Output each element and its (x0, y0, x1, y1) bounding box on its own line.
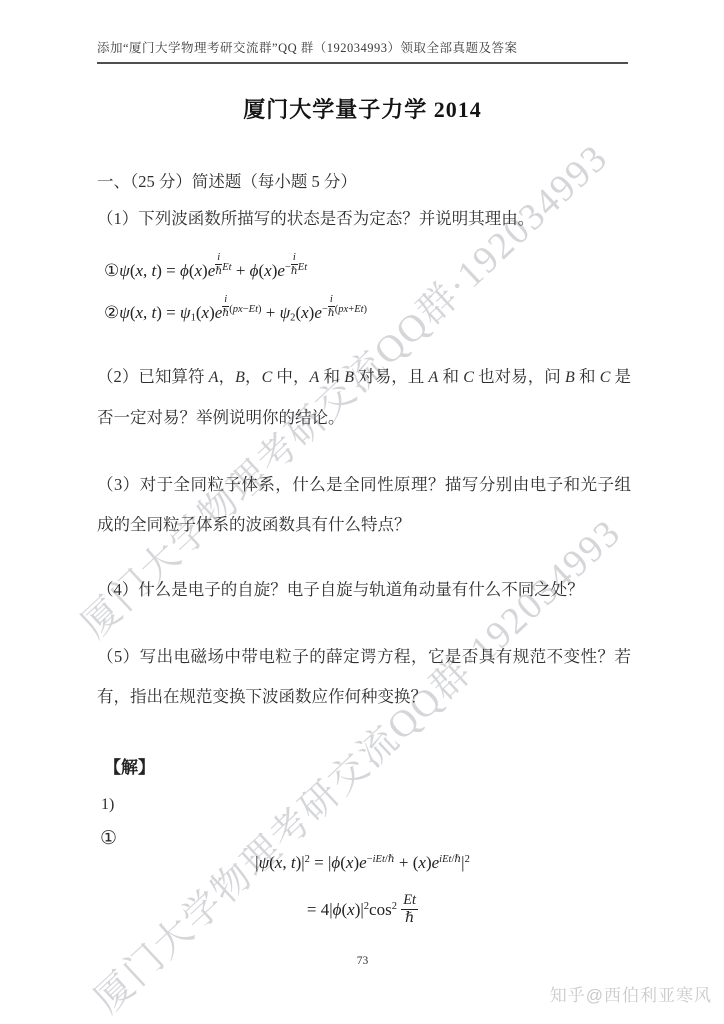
solution-item-number: 1) (101, 796, 114, 814)
question-3: （3）对于全同粒子体系，什么是全同性原理？描写分别由电子和光子组成的全同粒子体系… (97, 465, 631, 545)
page-title: 厦门大学量子力学 2014 (97, 93, 628, 124)
solution-circled-one: ① (100, 827, 117, 850)
header-text: 添加“厦门大学物理考研交流群”QQ 群（192034993）领取全部真题及答案 (97, 41, 518, 55)
solution-formula-line-2: = 4|ϕ(x)|2cos2 Etℏ (97, 893, 628, 926)
document-page: 厦门大学物理考研交流QQ群·192034993 厦门大学物理考研交流QQ群·19… (0, 0, 724, 1024)
section-heading: 一、（25 分）简述题（每小题 5 分） (97, 162, 631, 202)
question-2: （2）已知算符 A，B，C 中，A 和 B 对易，且 A 和 C 也对易，问 B… (97, 357, 631, 438)
formula-2: ②ψ(x, t) = ψ1(x)eiℏ(px−Et) + ψ2(x)e−iℏ(p… (104, 294, 367, 325)
solution-label: 【解】 (104, 753, 155, 778)
solution-formula-line-1: |ψ(x, t)|2 = |ϕ(x)e−iEt/ℏ + (x)eiEt/ℏ|2 (97, 852, 628, 875)
question-4: （4）什么是电子的自旋？电子自旋与轨道角动量有什么不同之处？ (97, 570, 631, 610)
page-header: 添加“厦门大学物理考研交流群”QQ 群（192034993）领取全部真题及答案 (97, 38, 628, 64)
question-5: （5）写出电磁场中带电粒子的薛定谔方程，它是否具有规范不变性？若有，指出在规范变… (97, 637, 631, 717)
formula-1: ①ψ(x, t) = ϕ(x)eiℏEt + ϕ(x)e−iℏEt (104, 252, 307, 283)
question-1: （1）下列波函数所描写的状态是否为定态？并说明其理由。 (97, 199, 631, 239)
zhihu-watermark: 知乎@西伯利亚寒风 (550, 981, 712, 1006)
page-number: 73 (97, 955, 628, 967)
